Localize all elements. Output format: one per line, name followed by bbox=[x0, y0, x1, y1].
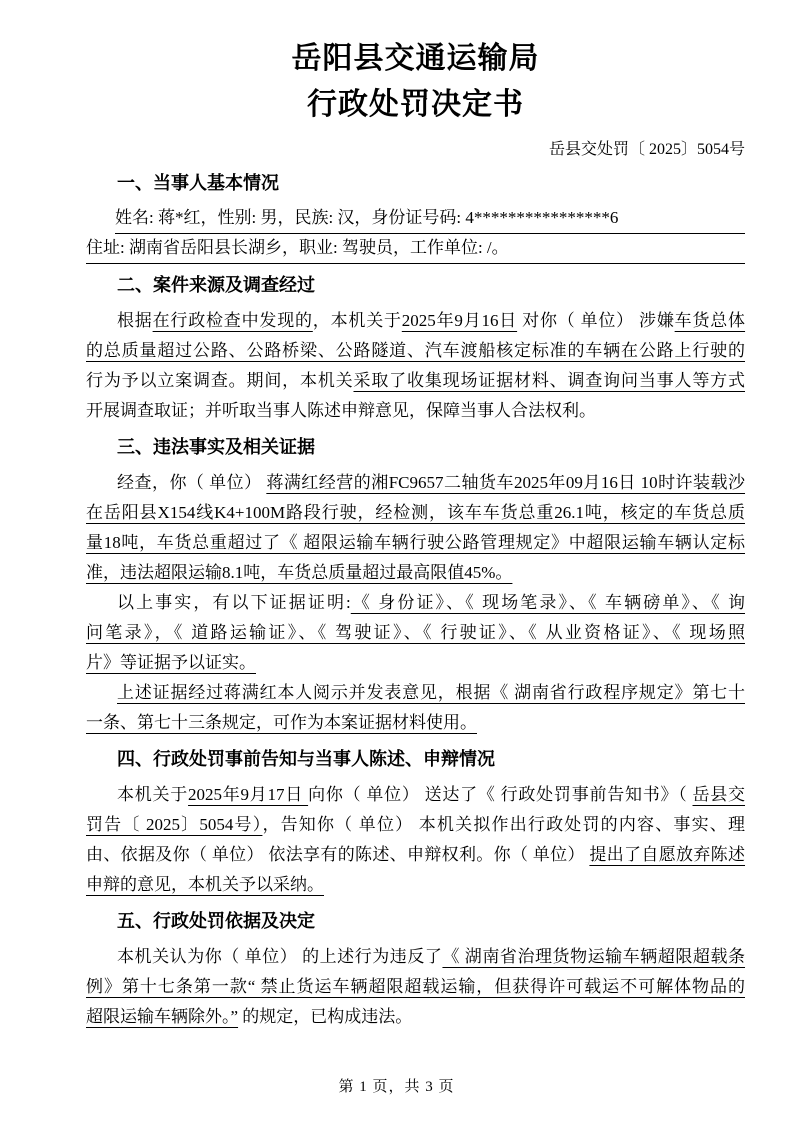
text-run: 经查，你（ 单位） bbox=[117, 473, 266, 492]
text-line: 准，违法超限运输8.1吨，车货总质量超过最高限值45%。 bbox=[86, 558, 745, 588]
underlined-text-run: 在岳阳县X154线K4+100M路段行驶，经检测，该车车货总重26.1吨，核定的… bbox=[86, 503, 745, 522]
underlined-text-run: 在行政检查中发现的 bbox=[153, 311, 313, 330]
underlined-text-run: 提出了自愿放弃陈述 bbox=[589, 845, 745, 864]
text-run: 以上事实，有以下证据证明: bbox=[117, 593, 351, 612]
underlined-text-run: 蒋满红经营的湘FC9657二轴货车2025年09月16日 10时许装载沙 bbox=[266, 473, 745, 492]
text-run: 本机关于 bbox=[117, 785, 188, 804]
underlined-text-run: 申辩的意见，本机关予以采纳。 bbox=[86, 875, 324, 894]
text-run: 姓名: 蒋*红，性别: 男，民族: 汉，身份证号码: 4************… bbox=[115, 208, 618, 227]
form-field-line: 住址: 湖南省岳阳县长湖乡，职业: 驾驶员，工作单位: /。 bbox=[86, 234, 745, 264]
text-line: 本机关认为你（ 单位） 的上述行为违反了《 湖南省治理货物运输车辆超限超载条 bbox=[86, 942, 745, 972]
underlined-text-run: 2025年9月17日 bbox=[188, 785, 308, 804]
underlined-text-run: 岳县交 bbox=[693, 785, 746, 804]
section-heading: 五、行政处罚依据及决定 bbox=[86, 906, 745, 936]
underlined-text-run: 超限运输车辆除外。” bbox=[86, 1007, 238, 1026]
section-heading: 二、案件来源及调查经过 bbox=[86, 270, 745, 300]
section-heading: 一、当事人基本情况 bbox=[86, 168, 745, 198]
text-line: 由、依据及你（ 单位） 依法享有的陈述、申辩权利。你（ 单位） 提出了自愿放弃陈… bbox=[86, 840, 745, 870]
underlined-text-run: 车货总体 bbox=[675, 311, 745, 330]
text-line: 量18吨，车货总重超过了《 超限运输车辆行驶公路管理规定》中超限运输车辆认定标 bbox=[86, 528, 745, 558]
page-number-footer: 第 1 页，共 3 页 bbox=[0, 1075, 793, 1096]
document-page: 岳阳县交通运输局 行政处罚决定书 岳县交处罚〔 2025〕5054号 一、当事人… bbox=[0, 0, 793, 1122]
text-line: 以上事实，有以下证据证明:《 身份证》、《 现场笔录》、《 车辆磅单》、《 询 bbox=[86, 588, 745, 618]
underlined-text-run: 《 湖南省治理货物运输车辆超限超载条 bbox=[442, 947, 745, 966]
text-run: 向你（ 单位） 送达了《 行政处罚事前告知书》（ bbox=[308, 785, 692, 804]
text-run: 住址: 湖南省岳阳县长湖乡，职业: 驾驶员，工作单位: /。 bbox=[86, 238, 509, 257]
document-title-line1: 岳阳县交通运输局 bbox=[86, 36, 745, 82]
form-field-line: 姓名: 蒋*红，性别: 男，民族: 汉，身份证号码: 4************… bbox=[115, 204, 745, 234]
document-number: 岳县交处罚〔 2025〕5054号 bbox=[86, 138, 745, 162]
text-run: 行为予以立案调查。期间，本机关 bbox=[86, 371, 354, 390]
text-run: ，告知你（ 单位） 本机关拟作出行政处罚的内容、事实、理 bbox=[262, 815, 745, 834]
text-line: 根据在行政检查中发现的，本机关于2025年9月16日 对你（ 单位） 涉嫌车货总… bbox=[86, 306, 745, 336]
text-line: 罚告〔 2025〕5054号），告知你（ 单位） 本机关拟作出行政处罚的内容、事… bbox=[86, 810, 745, 840]
document-title-line2: 行政处罚决定书 bbox=[86, 82, 745, 128]
text-run: 的规定，已构成违法。 bbox=[238, 1007, 412, 1026]
underlined-text-run: 问笔录》，《 道路运输证》、《 驾驶证》、《 行驶证》、《 从业资格证》、《 现… bbox=[86, 623, 745, 642]
document-content: 岳阳县交通运输局 行政处罚决定书 岳县交处罚〔 2025〕5054号 一、当事人… bbox=[0, 0, 793, 1032]
text-line: 超限运输车辆除外。” 的规定，已构成违法。 bbox=[86, 1002, 745, 1032]
text-line: 片》等证据予以证实。 bbox=[86, 648, 745, 678]
text-line: 一条、第七十三条规定，可作为本案证据材料使用。 bbox=[86, 708, 745, 738]
underlined-text-run: 例》第十七条第一款“ 禁止货运车辆超限超载运输，但获得许可载运不可解体物品的 bbox=[86, 977, 745, 996]
section-heading: 三、违法事实及相关证据 bbox=[86, 432, 745, 462]
underlined-text-run: 准，违法超限运输8.1吨，车货总质量超过最高限值45%。 bbox=[86, 563, 512, 582]
section-heading: 四、行政处罚事前告知与当事人陈述、申辩情况 bbox=[86, 744, 745, 774]
text-run: 开展调查取证；并听取当事人陈述申辩意见，保障当事人合法权利。 bbox=[86, 401, 596, 420]
text-line: 行为予以立案调查。期间，本机关采取了收集现场证据材料、调查询问当事人等方式 bbox=[86, 366, 745, 396]
underlined-text-run: 片》等证据予以证实。 bbox=[86, 653, 256, 672]
text-run: 由、依据及你（ 单位） 依法享有的陈述、申辩权利。你（ 单位） bbox=[86, 845, 589, 864]
text-line: 的总质量超过公路、公路桥梁、公路隧道、汽车渡船核定标准的车辆在公路上行驶的 bbox=[86, 336, 745, 366]
underlined-text-run: 《 身份证》、《 现场笔录》、《 车辆磅单》、《 询 bbox=[351, 593, 745, 612]
underlined-text-run: 采取了收集现场证据材料、调查询问当事人等方式 bbox=[354, 371, 746, 390]
underlined-text-run: 2025年9月16日 bbox=[402, 311, 517, 330]
underlined-text-run: 量18吨，车货总重超过了《 超限运输车辆行驶公路管理规定》中超限运输车辆认定标 bbox=[86, 533, 745, 552]
text-run: 对你（ 单位） 涉嫌 bbox=[517, 311, 675, 330]
underlined-text-run: 一条、第七十三条规定，可作为本案证据材料使用。 bbox=[86, 713, 477, 732]
text-line: 开展调查取证；并听取当事人陈述申辩意见，保障当事人合法权利。 bbox=[86, 396, 745, 426]
underlined-text-run: 的总质量超过公路、公路桥梁、公路隧道、汽车渡船核定标准的车辆在公路上行驶的 bbox=[86, 341, 745, 360]
text-run: 根据 bbox=[117, 311, 153, 330]
text-run: 本机关认为你（ 单位） 的上述行为违反了 bbox=[117, 947, 442, 966]
text-line: 问笔录》，《 道路运输证》、《 驾驶证》、《 行驶证》、《 从业资格证》、《 现… bbox=[86, 618, 745, 648]
document-body: 一、当事人基本情况姓名: 蒋*红，性别: 男，民族: 汉，身份证号码: 4***… bbox=[86, 168, 745, 1032]
text-line: 经查，你（ 单位） 蒋满红经营的湘FC9657二轴货车2025年09月16日 1… bbox=[86, 468, 745, 498]
text-line: 本机关于2025年9月17日 向你（ 单位） 送达了《 行政处罚事前告知书》（ … bbox=[86, 780, 745, 810]
underlined-text-run: 罚告〔 2025〕5054号） bbox=[86, 815, 262, 834]
text-run: ，本机关于 bbox=[313, 311, 402, 330]
text-line: 在岳阳县X154线K4+100M路段行驶，经检测，该车车货总重26.1吨，核定的… bbox=[86, 498, 745, 528]
text-line: 例》第十七条第一款“ 禁止货运车辆超限超载运输，但获得许可载运不可解体物品的 bbox=[86, 972, 745, 1002]
underlined-text-run: 上述证据经过蒋满红本人阅示并发表意见，根据《 湖南省行政程序规定》第七十 bbox=[117, 683, 745, 702]
text-line: 申辩的意见，本机关予以采纳。 bbox=[86, 870, 745, 900]
text-line: 上述证据经过蒋满红本人阅示并发表意见，根据《 湖南省行政程序规定》第七十 bbox=[86, 678, 745, 708]
